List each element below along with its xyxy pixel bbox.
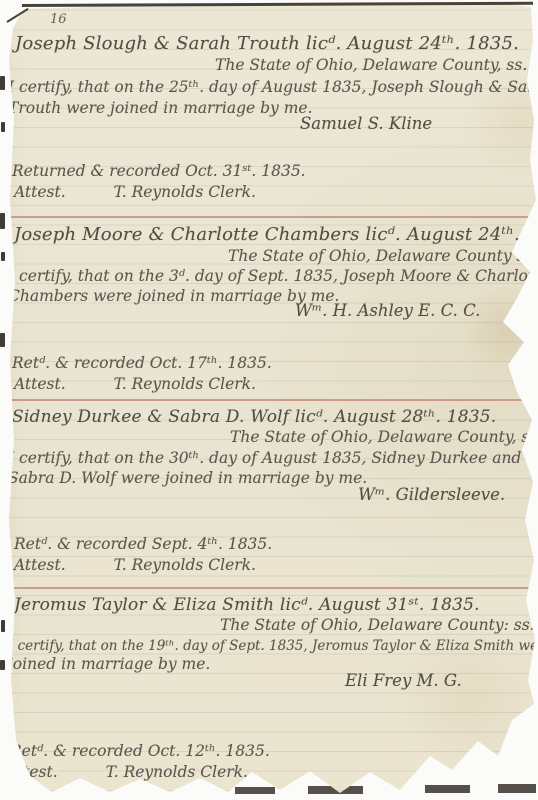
entry-1-attest-label: Attest. xyxy=(14,183,66,201)
entry-1-attest-line: Attest.T. Reynolds Clerk. xyxy=(14,183,256,201)
entry-3-attest-line: Attest.T. Reynolds Clerk. xyxy=(14,556,256,574)
section-rule xyxy=(6,587,538,589)
page-number: 16 xyxy=(50,12,67,27)
entry-4-heading: Jeromus Taylor & Eliza Smith licᵈ. Augus… xyxy=(14,595,480,615)
entry-3-heading: Sidney Durkee & Sabra D. Wolf licᵈ. Augu… xyxy=(12,407,496,427)
entry-4-attest-label: Attest. xyxy=(6,763,58,781)
entry-4-state-line: The State of Ohio, Delaware County: ss. xyxy=(220,616,535,634)
entry-3-return-line: Retᵈ. & recorded Sept. 4ᵗʰ. 1835. xyxy=(14,535,272,553)
entry-2-signature: Wᵐ. H. Ashley E. C. C. xyxy=(295,301,480,320)
section-rule xyxy=(6,399,538,401)
entry-2-body-line2: Chambers were joined in marriage by me. xyxy=(8,287,339,305)
under-page-mark xyxy=(235,787,275,794)
entry-2-return-line: Retᵈ. & recorded Oct. 17ᵗʰ. 1835. xyxy=(12,354,272,372)
binding-mark xyxy=(1,620,5,632)
entry-4-attest-line: Attest.T. Reynolds Clerk. xyxy=(6,763,248,781)
entry-3-clerk: T. Reynolds Clerk. xyxy=(114,556,256,574)
entry-3-signature: Wᵐ. Gildersleeve. xyxy=(358,485,505,504)
binding-mark xyxy=(0,213,5,229)
entry-1-body-line2: Trouth were joined in marriage by me. xyxy=(8,99,313,117)
entry-1-body-line1: I certify, that on the 25ᵗʰ. day of Augu… xyxy=(8,78,538,96)
under-page-mark xyxy=(498,784,536,793)
binding-mark xyxy=(1,252,5,261)
binding-mark xyxy=(1,122,5,132)
entry-3-attest-label: Attest. xyxy=(14,556,66,574)
entry-1-heading: Joseph Slough & Sarah Trouth licᵈ. Augus… xyxy=(15,33,519,54)
section-rule xyxy=(6,216,538,218)
scanned-ledger-page: 16 Joseph Slough & Sarah Trouth licᵈ. Au… xyxy=(0,0,538,800)
entry-1-state-line: The State of Ohio, Delaware County, ss. xyxy=(215,56,527,74)
entry-2-state-line: The State of Ohio, Delaware County ss xyxy=(228,247,532,265)
entry-3-body-line1: I certify, that on the 30ᵗʰ. day of Augu… xyxy=(8,449,521,467)
entry-3-body-line2: Sabra D. Wolf were joined in marriage by… xyxy=(8,469,367,487)
entry-4-body-line1: I certify, that on the 19ᵗʰ. day of Sept… xyxy=(8,638,538,654)
entry-3-state-line: The State of Ohio, Delaware County, ss. xyxy=(230,428,538,446)
binding-mark xyxy=(0,660,5,670)
entry-2-attest-label: Attest. xyxy=(14,375,66,393)
binding-mark xyxy=(0,76,5,90)
entry-2-clerk: T. Reynolds Clerk. xyxy=(114,375,256,393)
entry-4-return-line: Retᵈ. & recorded Oct. 12ᵗʰ. 1835. xyxy=(10,742,270,760)
binding-mark xyxy=(0,333,5,347)
ledger-paper: 16 Joseph Slough & Sarah Trouth licᵈ. Au… xyxy=(0,0,538,800)
entry-2-attest-line: Attest.T. Reynolds Clerk. xyxy=(14,375,256,393)
entry-1-return-line: Returned & recorded Oct. 31ˢᵗ. 1835. xyxy=(12,162,306,180)
entry-2-body-line1: I certify, that on the 3ᵈ. day of Sept. … xyxy=(8,267,538,285)
under-page-mark xyxy=(425,785,470,793)
entry-4-signature: Eli Frey M. G. xyxy=(345,671,462,690)
entry-1-clerk: T. Reynolds Clerk. xyxy=(114,183,256,201)
entry-2-heading: Joseph Moore & Charlotte Chambers licᵈ. … xyxy=(14,224,538,245)
entry-4-clerk: T. Reynolds Clerk. xyxy=(106,763,248,781)
entry-1-signature: Samuel S. Kline xyxy=(300,114,432,133)
entry-4-body-line2: joined in marriage by me. xyxy=(8,655,210,673)
